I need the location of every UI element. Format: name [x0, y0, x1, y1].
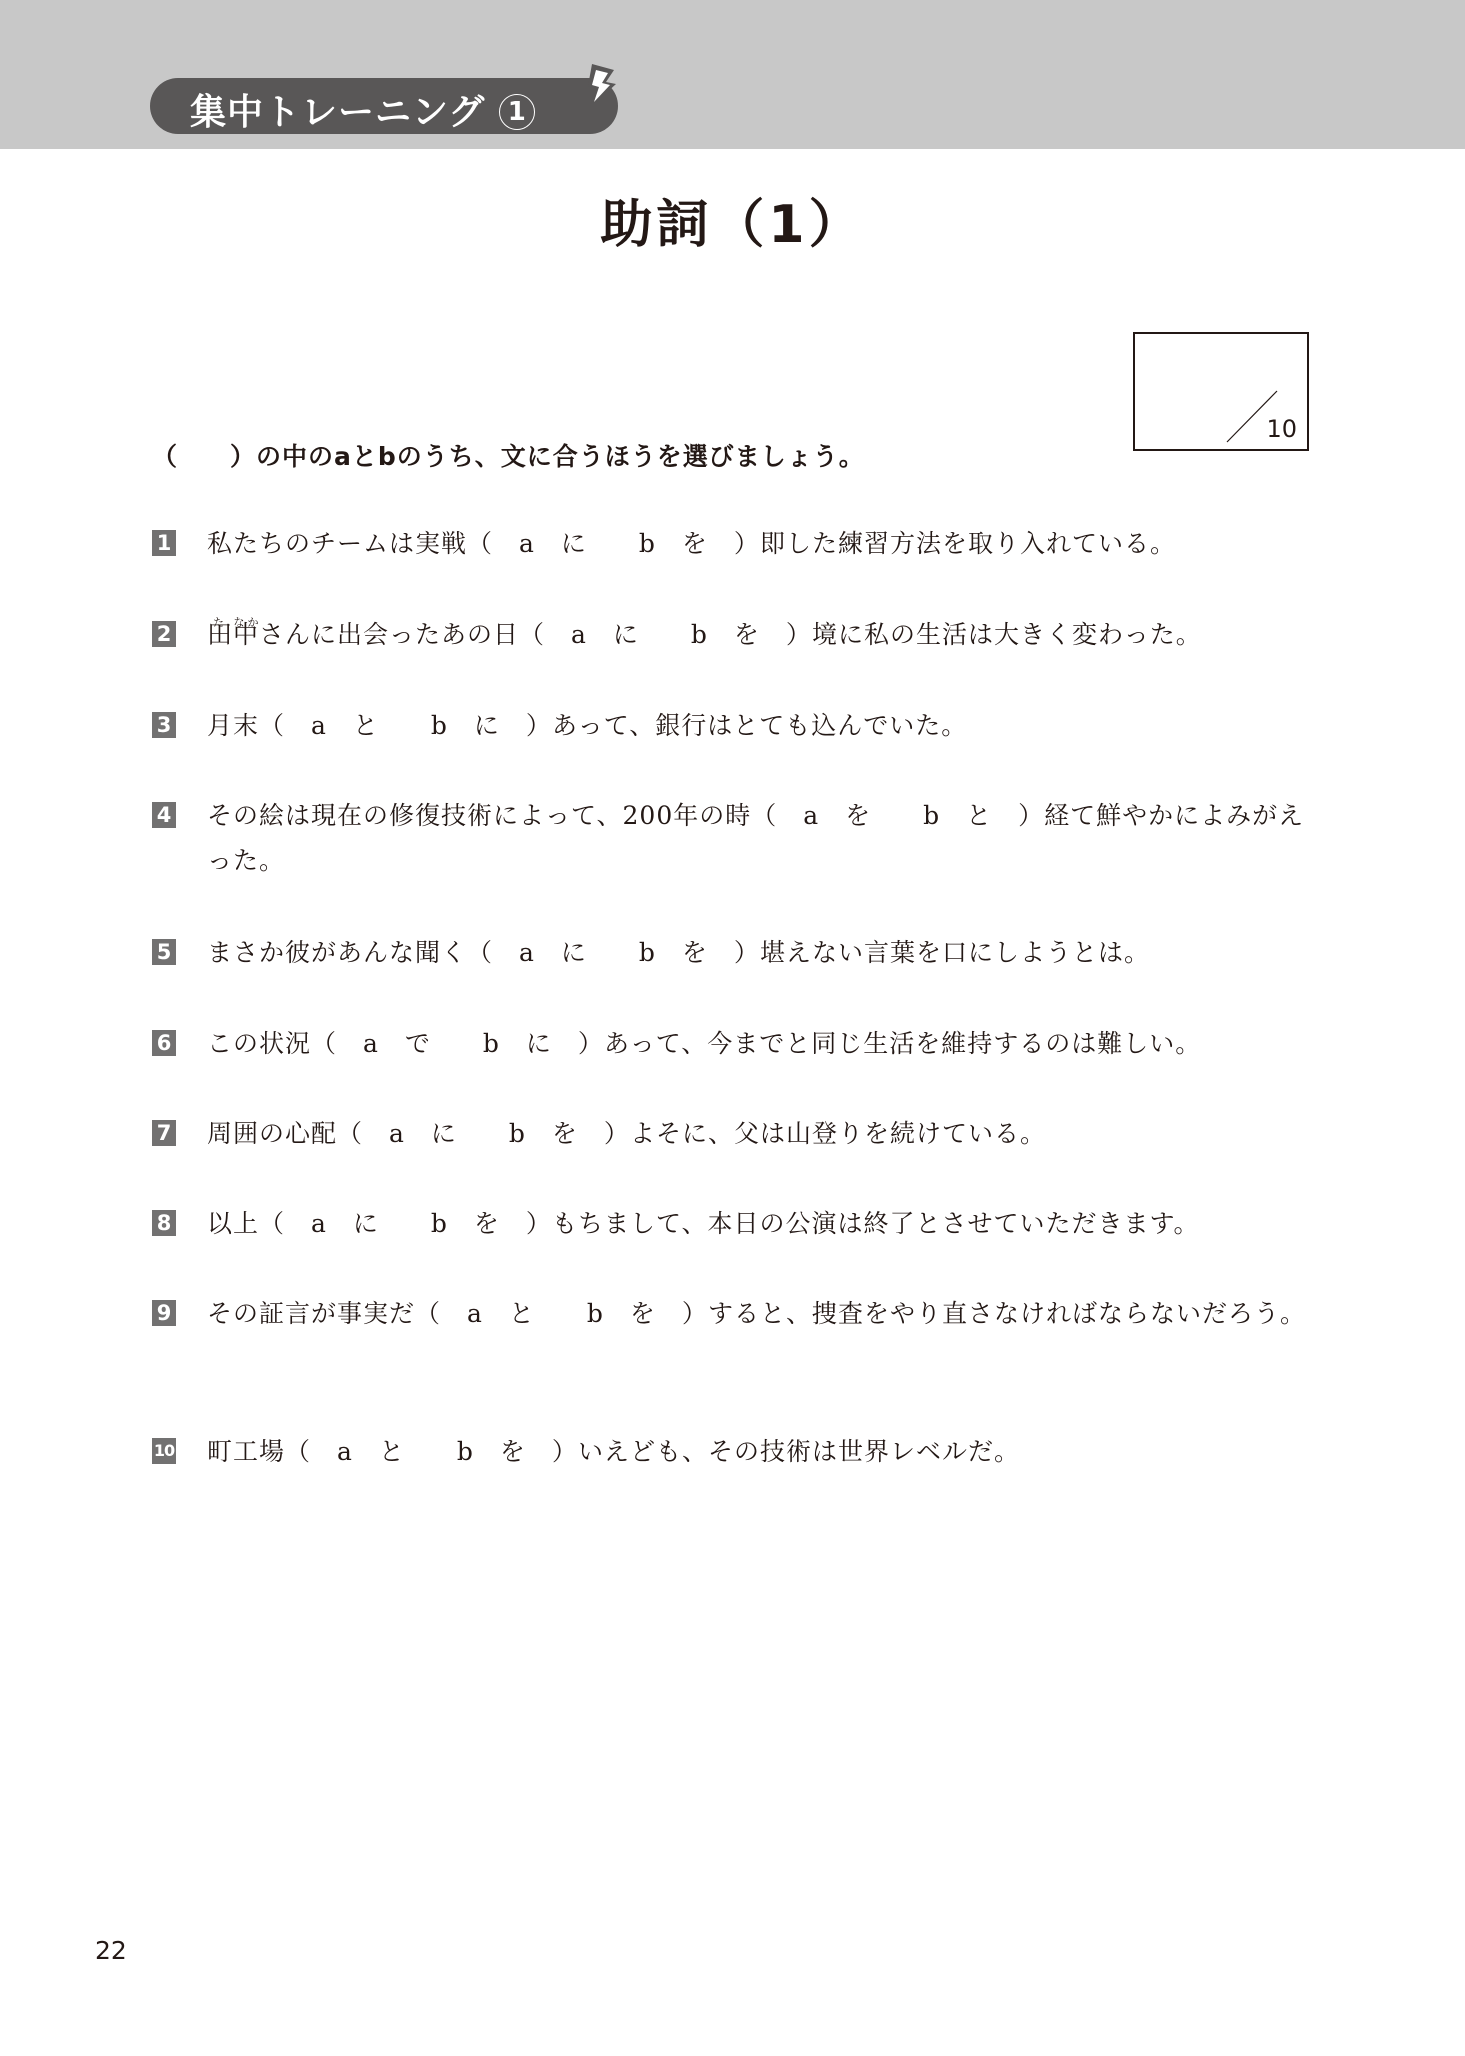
question-number-badge: 7 [152, 1120, 176, 1146]
choice-options[interactable]: （ a に b を ） [337, 1119, 630, 1148]
question-before: この状況 [207, 1029, 311, 1058]
question-text: この状況（ a で b に ）あって、今までと同じ生活を維持するのは難しい。 [207, 1021, 1307, 1066]
choice-options[interactable]: （ a に b を ） [467, 938, 760, 967]
choice-options[interactable]: （ a に b を ） [519, 620, 812, 649]
section-number: 1 [499, 94, 535, 130]
question-number-badge: 8 [152, 1210, 176, 1236]
question-number-badge: 3 [152, 712, 176, 738]
question-before: 月末 [207, 711, 259, 740]
lightning-bolt-icon [580, 62, 620, 110]
instruction-text: （ ）の中のaとbのうち、文に合うほうを選びましょう。 [152, 437, 865, 473]
question-after: あって、銀行はとても込んでいた。 [552, 711, 967, 740]
question-text: 周囲の心配（ a に b を ）よそに、父は山登りを続けている。 [207, 1111, 1307, 1156]
question-text: 以上（ a に b を ）もちまして、本日の公演は終了とさせていただきます。 [207, 1201, 1307, 1246]
question-after: よそに、父は山登りを続けている。 [630, 1119, 1046, 1148]
section-label-text: 集中トレーニング [190, 92, 485, 133]
choice-options[interactable]: （ a と b を ） [285, 1437, 578, 1466]
question-after: 即した練習方法を取り入れている。 [760, 529, 1176, 558]
section-label: 集中トレーニング1 [190, 84, 535, 135]
question-after: 境に私の生活は大きく変わった。 [812, 620, 1202, 649]
question-number-badge: 9 [152, 1300, 176, 1326]
choice-options[interactable]: （ a と b に ） [259, 711, 552, 740]
question-before: 町工場 [207, 1437, 285, 1466]
choice-options[interactable]: （ a で b に ） [311, 1029, 604, 1058]
question-after: いえども、その技術は世界レベルだ。 [578, 1437, 1020, 1466]
question-number-badge: 10 [152, 1438, 176, 1464]
question-text: た なか田中さんに出会ったあの日（ a に b を ）境に私の生活は大きく変わっ… [207, 612, 1307, 657]
question-after: すると、捜査をやり直さなければならないだろう。 [708, 1299, 1306, 1328]
question-number-badge: 5 [152, 939, 176, 965]
question-before: 私たちのチームは実戦 [207, 529, 467, 558]
question-number-badge: 2 [152, 621, 176, 647]
question-text: 私たちのチームは実戦（ a に b を ）即した練習方法を取り入れている。 [207, 521, 1307, 566]
question-before: その絵は現在の修復技術によって、200年の時 [207, 801, 751, 830]
score-total: 10 [1266, 415, 1297, 443]
question-before: 以上 [207, 1209, 259, 1238]
choice-options[interactable]: （ a と b を ） [415, 1299, 708, 1328]
page-number: 22 [95, 1936, 127, 1965]
question-number-badge: 4 [152, 802, 176, 828]
score-box: 10 [1133, 332, 1309, 451]
question-after: もちまして、本日の公演は終了とさせていただきます。 [552, 1209, 1200, 1238]
question-before: その証言が事実だ [207, 1299, 415, 1328]
choice-options[interactable]: （ a に b を ） [467, 529, 760, 558]
question-before: まさか彼があんな聞く [207, 938, 467, 967]
furigana: た なか [213, 600, 262, 645]
choice-options[interactable]: （ a に b を ） [259, 1209, 552, 1238]
question-after: あって、今までと同じ生活を維持するのは難しい。 [604, 1029, 1201, 1058]
question-after: 堪えない言葉を口にしようとは。 [760, 938, 1150, 967]
page-title: 助詞（1） [0, 182, 1465, 257]
section-pill: 集中トレーニング1 [150, 78, 618, 134]
question-text: 月末（ a と b に ）あって、銀行はとても込んでいた。 [207, 703, 1307, 748]
question-text: まさか彼があんな聞く（ a に b を ）堪えない言葉を口にしようとは。 [207, 930, 1307, 975]
question-number-badge: 1 [152, 530, 176, 556]
question-text: その絵は現在の修復技術によって、200年の時（ a を b と ）経て鮮やかによ… [207, 793, 1307, 883]
question-text: 町工場（ a と b を ）いえども、その技術は世界レベルだ。 [207, 1429, 1307, 1474]
choice-options[interactable]: （ a を b と ） [751, 801, 1044, 830]
question-before: 周囲の心配 [207, 1119, 337, 1148]
question-number-badge: 6 [152, 1030, 176, 1056]
question-text: その証言が事実だ（ a と b を ）すると、捜査をやり直さなければならないだろ… [207, 1291, 1307, 1336]
